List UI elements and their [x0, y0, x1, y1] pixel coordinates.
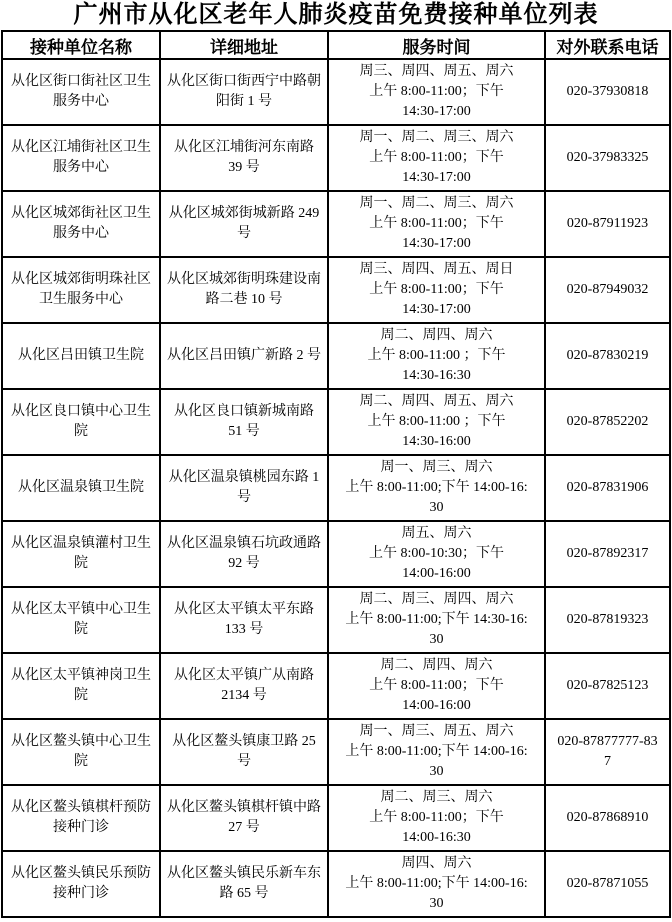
table-row: 从化区城郊街社区卫生 服务中心 从化区城郊街城新路 249 号 周一、周二、周三…: [2, 191, 670, 257]
table-row: 从化区太平镇中心卫生 院 从化区太平镇太平东路 133 号 周二、周三、周四、周…: [2, 587, 670, 653]
phone-cell: 020-87877777-83 7: [545, 719, 670, 785]
table-row: 从化区鳌头镇民乐预防 接种门诊 从化区鳌头镇民乐新车东 路 65 号 周四、周六…: [2, 851, 670, 917]
service-time-cell: 周一、周三、周六 上午 8:00-11:00;下午 14:00-16: 30: [328, 455, 545, 521]
address-cell: 从化区鳌头镇康卫路 25 号: [160, 719, 328, 785]
unit-name-cell: 从化区鳌头镇中心卫生 院: [2, 719, 160, 785]
phone-cell: 020-37930818: [545, 59, 670, 125]
address-cell: 从化区温泉镇桃园东路 1 号: [160, 455, 328, 521]
phone-cell: 020-87852202: [545, 389, 670, 455]
header-row: 接种单位名称 详细地址 服务时间 对外联系电话: [2, 31, 670, 59]
unit-name-cell: 从化区城郊街明珠社区 卫生服务中心: [2, 257, 160, 323]
table-body: 从化区街口街社区卫生 服务中心 从化区街口街西宁中路朝 阳街 1 号 周三、周四…: [2, 59, 670, 917]
phone-cell: 020-87892317: [545, 521, 670, 587]
table-row: 从化区太平镇神岗卫生 院 从化区太平镇广从南路 2134 号 周二、周四、周六 …: [2, 653, 670, 719]
service-time-cell: 周二、周三、周四、周六 上午 8:00-11:00;下午 14:30-16: 3…: [328, 587, 545, 653]
table-row: 从化区江埔街社区卫生 服务中心 从化区江埔街河东南路 39 号 周一、周二、周三…: [2, 125, 670, 191]
service-time-cell: 周一、周二、周三、周六 上午 8:00-11:00；下午 14:30-17:00: [328, 125, 545, 191]
address-cell: 从化区城郊街明珠建设南 路二巷 10 号: [160, 257, 328, 323]
column-header-address: 详细地址: [160, 31, 328, 59]
table-row: 从化区街口街社区卫生 服务中心 从化区街口街西宁中路朝 阳街 1 号 周三、周四…: [2, 59, 670, 125]
unit-name-cell: 从化区吕田镇卫生院: [2, 323, 160, 389]
unit-name-cell: 从化区街口街社区卫生 服务中心: [2, 59, 160, 125]
phone-cell: 020-87868910: [545, 785, 670, 851]
service-time-cell: 周二、周四、周六 上午 8:00-11:00；下午 14:00-16:00: [328, 653, 545, 719]
phone-cell: 020-87949032: [545, 257, 670, 323]
address-cell: 从化区吕田镇广新路 2 号: [160, 323, 328, 389]
unit-name-cell: 从化区江埔街社区卫生 服务中心: [2, 125, 160, 191]
column-header-service-time: 服务时间: [328, 31, 545, 59]
phone-cell: 020-87819323: [545, 587, 670, 653]
unit-name-cell: 从化区温泉镇灌村卫生 院: [2, 521, 160, 587]
address-cell: 从化区温泉镇石坑政通路 92 号: [160, 521, 328, 587]
table-row: 从化区吕田镇卫生院 从化区吕田镇广新路 2 号 周二、周四、周六 上午 8:00…: [2, 323, 670, 389]
vaccination-units-table: 接种单位名称 详细地址 服务时间 对外联系电话 从化区街口街社区卫生 服务中心 …: [1, 30, 671, 918]
address-cell: 从化区城郊街城新路 249 号: [160, 191, 328, 257]
column-header-phone: 对外联系电话: [545, 31, 670, 59]
table-row: 从化区鳌头镇棋杆预防 接种门诊 从化区鳌头镇棋杆镇中路 27 号 周二、周三、周…: [2, 785, 670, 851]
address-cell: 从化区太平镇广从南路 2134 号: [160, 653, 328, 719]
table-header: 接种单位名称 详细地址 服务时间 对外联系电话: [2, 31, 670, 59]
service-time-cell: 周二、周三、周六 上午 8:00-11:00；下午 14:00-16:30: [328, 785, 545, 851]
service-time-cell: 周一、周二、周三、周六 上午 8:00-11:00；下午 14:30-17:00: [328, 191, 545, 257]
column-header-unit-name: 接种单位名称: [2, 31, 160, 59]
unit-name-cell: 从化区太平镇神岗卫生 院: [2, 653, 160, 719]
service-time-cell: 周二、周四、周六 上午 8:00-11:00 ；下午 14:30-16:30: [328, 323, 545, 389]
address-cell: 从化区鳌头镇民乐新车东 路 65 号: [160, 851, 328, 917]
table-row: 从化区鳌头镇中心卫生 院 从化区鳌头镇康卫路 25 号 周一、周三、周五、周六 …: [2, 719, 670, 785]
phone-cell: 020-87825123: [545, 653, 670, 719]
address-cell: 从化区江埔街河东南路 39 号: [160, 125, 328, 191]
service-time-cell: 周三、周四、周五、周日 上午 8:00-11:00；下午 14:30-17:00: [328, 257, 545, 323]
unit-name-cell: 从化区良口镇中心卫生 院: [2, 389, 160, 455]
phone-cell: 020-87871055: [545, 851, 670, 917]
address-cell: 从化区太平镇太平东路 133 号: [160, 587, 328, 653]
service-time-cell: 周五、周六 上午 8:00-10:30；下午 14:00-16:00: [328, 521, 545, 587]
page-title: 广州市从化区老年人肺炎疫苗免费接种单位列表: [0, 0, 672, 30]
unit-name-cell: 从化区鳌头镇民乐预防 接种门诊: [2, 851, 160, 917]
address-cell: 从化区鳌头镇棋杆镇中路 27 号: [160, 785, 328, 851]
table-row: 从化区温泉镇卫生院 从化区温泉镇桃园东路 1 号 周一、周三、周六 上午 8:0…: [2, 455, 670, 521]
phone-cell: 020-87911923: [545, 191, 670, 257]
unit-name-cell: 从化区城郊街社区卫生 服务中心: [2, 191, 160, 257]
table-row: 从化区温泉镇灌村卫生 院 从化区温泉镇石坑政通路 92 号 周五、周六 上午 8…: [2, 521, 670, 587]
table-row: 从化区良口镇中心卫生 院 从化区良口镇新城南路 51 号 周二、周四、周五、周六…: [2, 389, 670, 455]
service-time-cell: 周一、周三、周五、周六 上午 8:00-11:00;下午 14:00-16: 3…: [328, 719, 545, 785]
unit-name-cell: 从化区太平镇中心卫生 院: [2, 587, 160, 653]
phone-cell: 020-87831906: [545, 455, 670, 521]
unit-name-cell: 从化区温泉镇卫生院: [2, 455, 160, 521]
address-cell: 从化区良口镇新城南路 51 号: [160, 389, 328, 455]
service-time-cell: 周三、周四、周五、周六 上午 8:00-11:00；下午 14:30-17:00: [328, 59, 545, 125]
service-time-cell: 周二、周四、周五、周六 上午 8:00-11:00 ；下午 14:30-16:0…: [328, 389, 545, 455]
unit-name-cell: 从化区鳌头镇棋杆预防 接种门诊: [2, 785, 160, 851]
table-row: 从化区城郊街明珠社区 卫生服务中心 从化区城郊街明珠建设南 路二巷 10 号 周…: [2, 257, 670, 323]
phone-cell: 020-87830219: [545, 323, 670, 389]
address-cell: 从化区街口街西宁中路朝 阳街 1 号: [160, 59, 328, 125]
phone-cell: 020-37983325: [545, 125, 670, 191]
service-time-cell: 周四、周六 上午 8:00-11:00;下午 14:00-16: 30: [328, 851, 545, 917]
